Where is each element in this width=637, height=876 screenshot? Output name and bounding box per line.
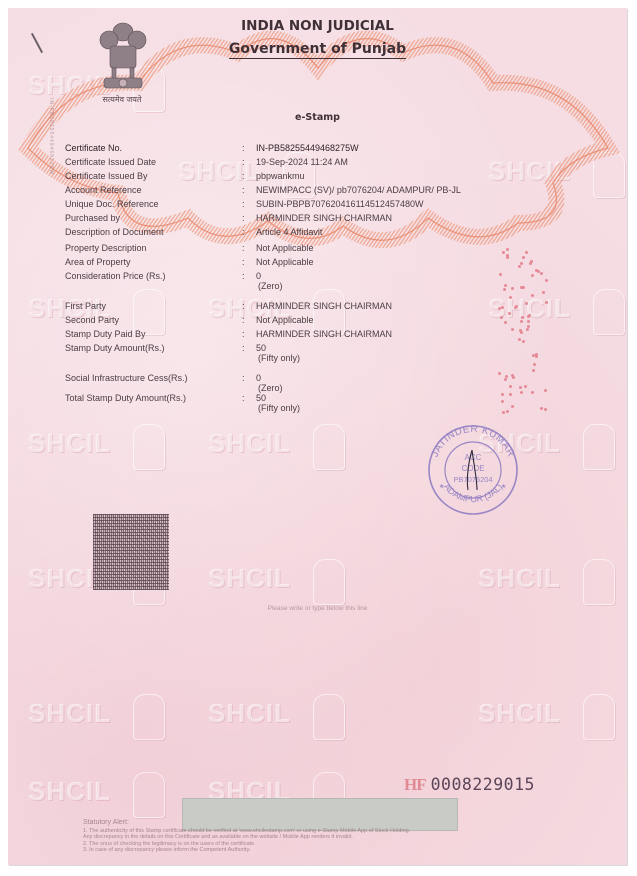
- detail-value: HARMINDER SINGH CHAIRMAN: [256, 329, 392, 339]
- detail-colon: :: [242, 271, 245, 281]
- detail-value: Not Applicable: [256, 243, 314, 253]
- detail-colon: :: [242, 143, 245, 153]
- detail-value: Not Applicable: [256, 257, 314, 267]
- detail-value: NEWIMPACC (SV)/ pb7076204/ ADAMPUR/ PB-J…: [256, 185, 461, 195]
- detail-colon: :: [242, 199, 245, 209]
- detail-colon: :: [242, 243, 245, 253]
- detail-value: 0: [256, 373, 261, 383]
- serial-digits: 0008229015: [431, 775, 535, 794]
- detail-colon: :: [242, 157, 245, 167]
- detail-label: Certificate No.: [65, 143, 122, 153]
- emblem-watermark-icon: [133, 694, 165, 740]
- detail-label: Area of Property: [65, 257, 131, 267]
- government-name: Government of Punjab: [229, 41, 406, 59]
- shcil-watermark: SHCIL: [28, 776, 111, 807]
- e-stamp-heading: e-Stamp: [8, 112, 627, 123]
- emblem-watermark-icon: [313, 424, 345, 470]
- detail-colon: :: [242, 329, 245, 339]
- detail-label: Social Infrastructure Cess(Rs.): [65, 373, 188, 383]
- detail-colon: :: [242, 257, 245, 267]
- detail-value-words: (Fifty only): [258, 403, 300, 413]
- detail-value: pbpwankmu: [256, 171, 305, 181]
- detail-label: Purchased by: [65, 213, 120, 223]
- detail-value: 50: [256, 343, 266, 353]
- svg-text:★: ★: [501, 483, 506, 490]
- detail-label: Certificate Issued Date: [65, 157, 156, 167]
- signature-instruction: Please write or type below this line: [8, 605, 627, 612]
- emblem-watermark-icon: [583, 559, 615, 605]
- emblem-watermark-icon: [133, 772, 165, 818]
- document-type-heading: INDIA NON JUDICIAL: [8, 18, 627, 34]
- microtext-side: IN-PB58255449468275W: [48, 98, 54, 175]
- detail-value-words: (Zero): [258, 281, 283, 291]
- detail-value-words: (Zero): [258, 383, 283, 393]
- detail-value: HARMINDER SINGH CHAIRMAN: [256, 301, 392, 311]
- detail-colon: :: [242, 213, 245, 223]
- serial-prefix: HF: [404, 775, 426, 794]
- statutory-alert-item: 3. In case of any discrepancy please inf…: [83, 847, 410, 854]
- detail-value: Article 4 Affidavit: [256, 227, 322, 237]
- detail-label: Second Party: [65, 315, 119, 325]
- detail-label: Unique Doc. Reference: [65, 199, 159, 209]
- detail-value: 0: [256, 271, 261, 281]
- detail-label: Property Description: [65, 243, 147, 253]
- svg-text:CODE: CODE: [461, 464, 484, 473]
- detail-colon: :: [242, 315, 245, 325]
- detail-colon: :: [242, 227, 245, 237]
- detail-value: 19-Sep-2024 11:24 AM: [256, 157, 348, 167]
- detail-value: IN-PB58255449468275W: [256, 143, 359, 153]
- detail-label: Account Reference: [65, 185, 142, 195]
- emblem-watermark-icon: [583, 424, 615, 470]
- detail-label: Total Stamp Duty Amount(Rs.): [65, 393, 186, 403]
- detail-label: Stamp Duty Paid By: [65, 329, 146, 339]
- security-dot-pattern: [498, 248, 558, 418]
- detail-label: First Party: [65, 301, 106, 311]
- serial-number: HF0008229015: [404, 775, 535, 795]
- emblem-watermark-icon: [313, 559, 345, 605]
- svg-text:PB7076204: PB7076204: [453, 475, 492, 484]
- shcil-watermark: SHCIL: [208, 698, 291, 729]
- detail-colon: :: [242, 171, 245, 181]
- shcil-watermark: SHCIL: [478, 698, 561, 729]
- detail-colon: :: [242, 185, 245, 195]
- detail-colon: :: [242, 343, 245, 353]
- detail-value: SUBIN-PBPB70762041611451245748​0W: [256, 199, 423, 209]
- detail-label: Consideration Price (Rs.): [65, 271, 166, 281]
- emblem-watermark-icon: [313, 694, 345, 740]
- detail-colon: :: [242, 301, 245, 311]
- official-seal-stamp: JATINDER KUMAR ADAMPUR (JAL) ACC CODE PB…: [421, 420, 525, 516]
- shcil-watermark: SHCIL: [28, 428, 111, 459]
- detail-colon: :: [242, 373, 245, 383]
- e-stamp-certificate: SHCILSHCILSHCILSHCILSHCILSHCILSHCILSHCIL…: [8, 8, 627, 865]
- detail-colon: :: [242, 393, 245, 403]
- detail-label: Certificate Issued By: [65, 171, 148, 181]
- statutory-alert-title: Statutory Alert:: [83, 820, 410, 827]
- detail-value-words: (Fifty only): [258, 353, 300, 363]
- svg-text:ADAMPUR (JAL): ADAMPUR (JAL): [442, 482, 504, 505]
- detail-value: HARMINDER SINGH CHAIRMAN: [256, 213, 392, 223]
- detail-label: Description of Document: [65, 227, 164, 237]
- detail-value: 50: [256, 393, 266, 403]
- svg-text:★: ★: [439, 483, 444, 490]
- emblem-watermark-icon: [583, 694, 615, 740]
- emblem-watermark-icon: [593, 289, 625, 335]
- detail-value: Not Applicable: [256, 315, 314, 325]
- shcil-watermark: SHCIL: [478, 563, 561, 594]
- shcil-watermark: SHCIL: [208, 563, 291, 594]
- statutory-alert: Statutory Alert: 1. The authenticity of …: [83, 820, 410, 854]
- government-heading: Government of Punjab: [8, 41, 627, 57]
- qr-code: [93, 514, 169, 590]
- shcil-watermark: SHCIL: [208, 428, 291, 459]
- emblem-motto: सत्यमेव जयते: [92, 94, 152, 105]
- shcil-watermark: SHCIL: [28, 698, 111, 729]
- detail-label: Stamp Duty Amount(Rs.): [65, 343, 165, 353]
- emblem-watermark-icon: [133, 424, 165, 470]
